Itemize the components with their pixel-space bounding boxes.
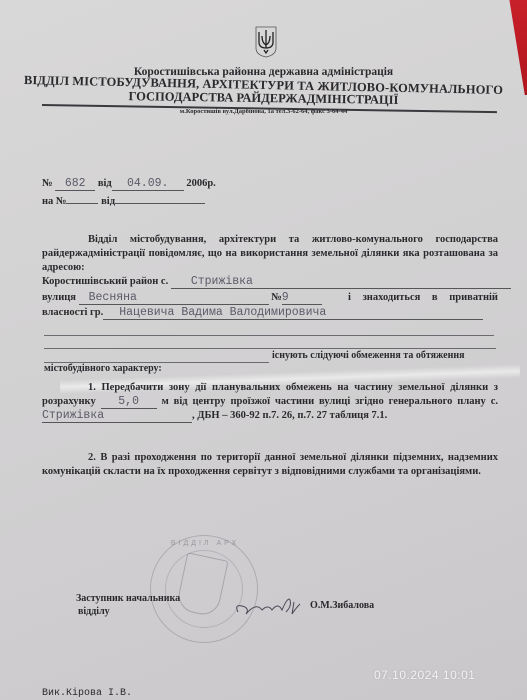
blank-line [44,348,496,349]
blank-line [44,335,494,336]
owner-field: Нацевича Вадима Валодимировича [103,307,483,320]
intro-paragraph: Відділ містобудування, архітектури та жи… [42,233,498,275]
street-line: вулиця Весняна №9 і знаходиться в приват… [42,292,498,305]
house-number-field: 9 [282,292,322,305]
photo-timestamp: 07.10.2024 10:01 [374,668,475,682]
reference-year: 2006р. [186,178,215,189]
trident-coat-of-arms-icon [255,26,277,58]
reference-number: 682 [55,178,95,191]
reference-date: 04.09. [112,178,184,191]
restrictions-text-cont: містобудівного характеру: [44,363,162,374]
incoming-reference: на № від [42,196,205,207]
district-line: Коростишівський район с. Стрижівка [42,276,511,289]
restrictions-text: існують слідуючі обмеження та обтяження [272,350,465,361]
restriction-item-2: 2. В разі проходження по території данно… [42,451,498,479]
distance-field: 5,0 [101,396,157,409]
department-address: м.Коростишів вул.Дарбінова, 1а тел.3-62-… [0,108,527,115]
village-field: Стрижівка [171,276,511,289]
outgoing-reference: № 682 від04.09. 2006р. [42,178,216,191]
plan-village-field: Стрижівка [42,410,192,423]
handwritten-signature-icon [232,592,312,618]
signatory-position: Заступник начальника відділу [76,592,180,618]
reply-date [115,203,205,204]
executor-name: Вик.Кірова І.В. [42,688,132,699]
official-stamp: ВІДДІЛ АРХ [150,535,258,643]
restriction-item-1: 1. Передбачити зону дії планувальних обм… [42,381,498,423]
street-field: Весняна [79,292,269,305]
red-folder-edge [505,0,527,95]
signatory-name: О.М.Зибалова [310,600,374,611]
owner-line: власності гр.Нацевича Вадима Валодимиров… [42,307,483,320]
reply-number [66,203,98,204]
